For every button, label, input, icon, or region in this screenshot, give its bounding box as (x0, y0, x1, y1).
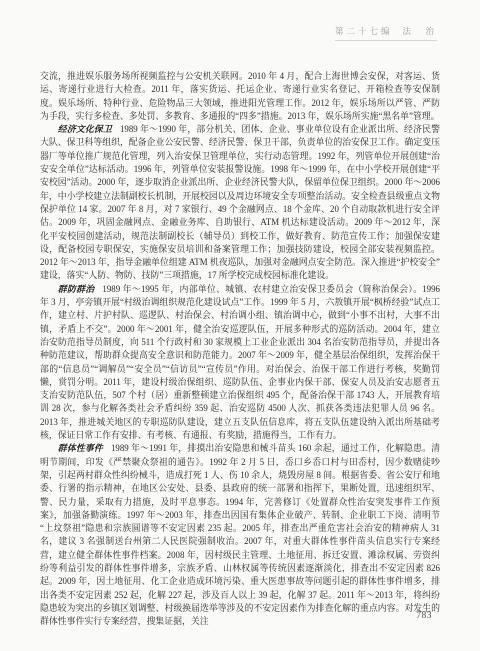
page-number: 783 (416, 611, 432, 621)
subhead-economic-cultural-security: 经济文化保卫 (58, 124, 112, 134)
running-head-title: 法 治 (402, 26, 437, 36)
paragraph-text: 交流，推进娱乐服务场所视频监控与公安机关联网。2010 年 4 月，配合上海世博… (40, 71, 440, 121)
paragraph-text: 1989 年～1990 年，部分机关、团体、企业、事业单位设有企业派出所、经济民… (40, 124, 440, 280)
paragraph-continuation: 交流，推进娱乐服务场所视频监控与公安机关联网。2010 年 4 月，配合上海世博… (40, 70, 440, 123)
page-body: 交流，推进娱乐服务场所视频监控与公安机关联网。2010 年 4 月，配合上海世博… (40, 70, 440, 628)
book-page: 第二十七编法 治 交流，推进娱乐服务场所视频监控与公安机关联网。2010 年 4… (0, 0, 480, 651)
running-head: 第二十七编法 治 (335, 25, 437, 37)
subhead-mass-incidents: 群体性事件 (58, 443, 103, 453)
paragraph-text: 1989 年～1991 年，排摸出治安隐患和械斗苗头 160 余起，通过工作，化… (40, 443, 440, 626)
paragraph-text: 1989 年～1995 年，内部单位、城镇、农村建立治安保卫委员会（简称治保会）… (40, 284, 440, 440)
paragraph-mass-incidents: 群体性事件1989 年～1991 年，排摸出治安隐患和械斗苗头 160 余起，通… (40, 442, 440, 628)
paragraph-economic-cultural-security: 经济文化保卫1989 年～1990 年，部分机关、团体、企业、事业单位设有企业派… (40, 123, 440, 283)
running-head-rule (335, 40, 437, 41)
running-head-chapter: 第二十七编 (335, 26, 393, 36)
subhead-mass-prevention: 群防群治 (58, 284, 95, 294)
paragraph-mass-prevention: 群防群治1989 年～1995 年，内部单位、城镇、农村建立治安保卫委员会（简称… (40, 283, 440, 443)
